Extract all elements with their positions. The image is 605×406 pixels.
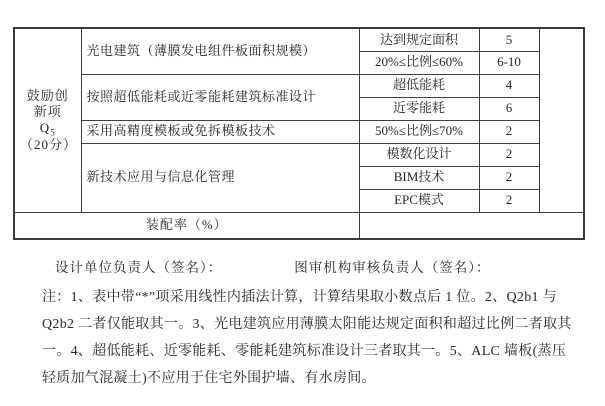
innovation-score-table: 鼓励创 新项 Q5 （20分） 光电建筑（薄膜发电组件板面积规模） 达到规定面积… [13, 27, 585, 240]
table-row: 按照超低能耗或近零能耗建筑标准设计 超低能耗 4 [14, 74, 584, 97]
score-cell: 4 [479, 74, 539, 97]
criterion-cell: 20%≤比例≤60% [359, 51, 479, 74]
empty-score-column-cell [539, 28, 584, 212]
item-cell-formwork: 采用高精度模板或免拆模板技术 [81, 120, 359, 143]
category-line1: 鼓励创 [27, 88, 69, 103]
score-cell: 6-10 [479, 51, 539, 74]
score-cell: 2 [479, 189, 539, 212]
assembly-rate-row: 装配率（%） [14, 212, 584, 239]
signature-row: 设计单位负责人（签名）： 图审机构审核负责人（签名）： [55, 256, 575, 276]
score-cell: 2 [479, 166, 539, 189]
assembly-rate-label-cell: 装配率（%） [14, 212, 359, 239]
note-line: 一。4、超低能耗、近零能耗、零能耗建筑标准设计三者取其一。5、ALC 墙板(蒸压 [42, 338, 590, 365]
score-cell: 2 [479, 120, 539, 143]
item-cell-low-energy: 按照超低能耗或近零能耗建筑标准设计 [81, 74, 359, 120]
category-points: （20分） [20, 137, 77, 152]
table-row: 鼓励创 新项 Q5 （20分） 光电建筑（薄膜发电组件板面积规模） 达到规定面积… [14, 28, 584, 51]
note-line: 注：1、表中带“*”项采用线性内插法计算，计算结果取小数点后 1 位。2、Q2b… [42, 284, 590, 311]
criterion-cell: 达到规定面积 [359, 28, 479, 51]
score-cell: 6 [479, 97, 539, 120]
criterion-cell: 超低能耗 [359, 74, 479, 97]
item-cell-new-technology: 新技术应用与信息化管理 [81, 143, 359, 212]
assembly-rate-value-cell [359, 212, 584, 239]
reviewer-signature-label: 图审机构审核负责人（签名）： [294, 256, 490, 276]
category-cell: 鼓励创 新项 Q5 （20分） [14, 28, 81, 212]
score-cell: 5 [479, 28, 539, 51]
table-row: 新技术应用与信息化管理 模数化设计 2 [14, 143, 584, 166]
criterion-cell: 模数化设计 [359, 143, 479, 166]
designer-signature-label: 设计单位负责人（签名）： [55, 256, 222, 276]
criterion-cell: 50%≤比例≤70% [359, 120, 479, 143]
criterion-cell: BIM技术 [359, 166, 479, 189]
note-line: Q2b2 二者仅能取其一。3、光电建筑应用薄膜太阳能达规定面积和超过比例二者取其 [42, 311, 590, 338]
notes-block: 注：1、表中带“*”项采用线性内插法计算，计算结果取小数点后 1 位。2、Q2b… [42, 284, 590, 392]
note-line: 轻质加气混凝土)不应用于住宅外围护墙、有水房间。 [42, 365, 590, 392]
score-cell: 2 [479, 143, 539, 166]
table-row: 采用高精度模板或免拆模板技术 50%≤比例≤70% 2 [14, 120, 584, 143]
criterion-cell: EPC模式 [359, 189, 479, 212]
criterion-cell: 近零能耗 [359, 97, 479, 120]
item-cell-photovoltaic: 光电建筑（薄膜发电组件板面积规模） [81, 28, 359, 74]
category-symbol: Q5 [40, 120, 56, 135]
category-line2: 新项 [34, 104, 62, 119]
